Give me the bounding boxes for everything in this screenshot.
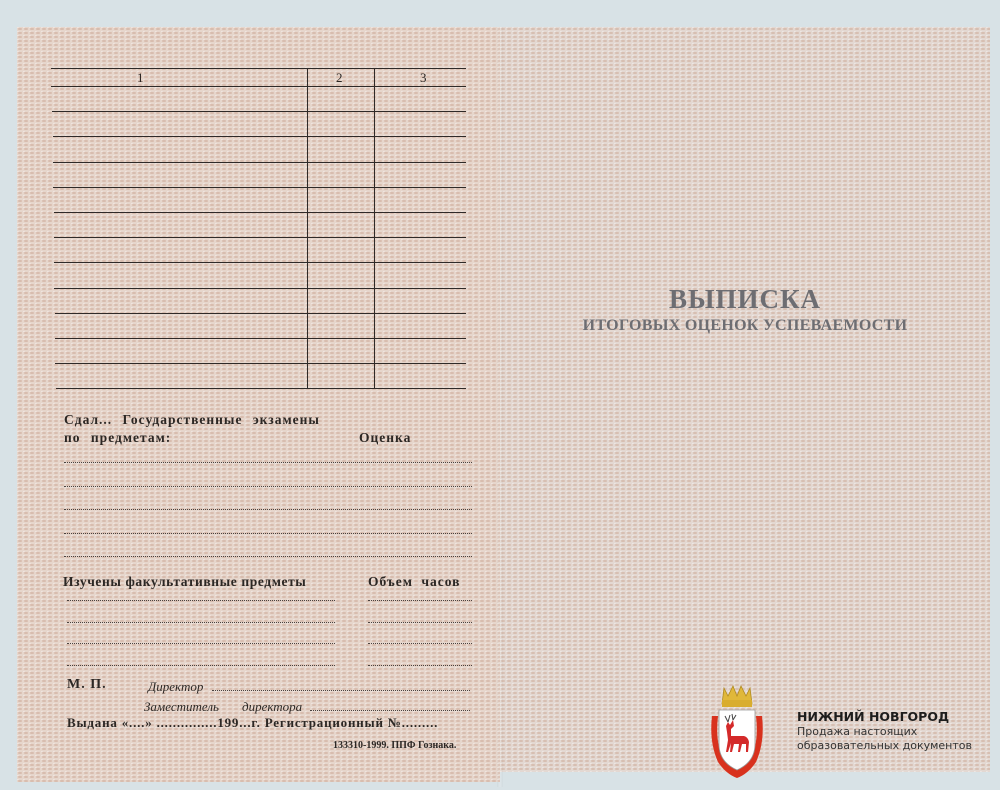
exam-blank-line: [64, 486, 472, 487]
table-row-line: [53, 162, 466, 163]
exam-blank-line: [64, 533, 472, 534]
electives-heading: Изучены факультативные предметы: [63, 574, 306, 590]
director-label: Директор: [148, 679, 203, 695]
elective-subject-line: [67, 600, 335, 601]
table-row-line: [54, 262, 466, 263]
exam-blank-line: [64, 556, 472, 557]
deputy-signature-line: [310, 710, 470, 711]
seal-label: М. П.: [67, 677, 107, 693]
column-3-header: 3: [420, 70, 427, 86]
table-row-line: [55, 338, 466, 339]
issued-line: Выдана «....» ...............199...г. Ре…: [67, 715, 438, 731]
column-1-header: 1: [137, 70, 144, 86]
table-row-line: [55, 313, 466, 314]
exams-heading-line2: по предметам:: [64, 430, 171, 446]
elective-subject-line: [67, 643, 335, 644]
table-row-line: [53, 136, 466, 137]
column-divider: [374, 68, 375, 388]
exams-heading-line1: Сдал... Государственные экзамены: [64, 412, 320, 428]
table-header-border: [51, 86, 466, 87]
elective-hours-line: [368, 643, 472, 644]
column-divider: [307, 68, 308, 388]
imprint: 133310-1999. ППФ Гознака.: [333, 740, 456, 751]
elective-subject-line: [67, 622, 335, 623]
grade-label: Оценка: [359, 430, 411, 446]
director-signature-line: [212, 690, 470, 691]
document-title: ВЫПИСКА: [500, 284, 990, 315]
table-row-line: [54, 237, 466, 238]
table-row-line: [56, 388, 466, 389]
column-2-header: 2: [336, 70, 343, 86]
table-row-line: [53, 187, 466, 188]
table-row-line: [54, 288, 466, 289]
deputy-label: Заместитель: [144, 699, 219, 715]
left-page: [17, 27, 500, 782]
watermark-line1: Продажа настоящих: [797, 725, 917, 738]
table-row-line: [52, 111, 466, 112]
title-block: ВЫПИСКА ИТОГОВЫХ ОЦЕНОК УСПЕВАЕМОСТИ: [500, 0, 990, 400]
table-top-border: [51, 68, 466, 69]
table-row-line: [55, 363, 466, 364]
watermark-city: НИЖНИЙ НОВГОРОД: [797, 709, 949, 724]
exam-blank-line: [64, 509, 472, 510]
deputy-of-label: директора: [242, 699, 302, 715]
elective-subject-line: [67, 665, 335, 666]
table-row-line: [54, 212, 467, 213]
elective-hours-line: [368, 665, 472, 666]
elective-hours-line: [368, 600, 472, 601]
document-subtitle: ИТОГОВЫХ ОЦЕНОК УСПЕВАЕМОСТИ: [500, 317, 990, 335]
elective-hours-line: [368, 622, 472, 623]
nizhny-novgorod-emblem-icon: [706, 682, 768, 782]
exam-blank-line: [64, 462, 472, 463]
hours-label: Объем часов: [368, 574, 460, 590]
watermark-line2: образовательных документов: [797, 739, 972, 752]
